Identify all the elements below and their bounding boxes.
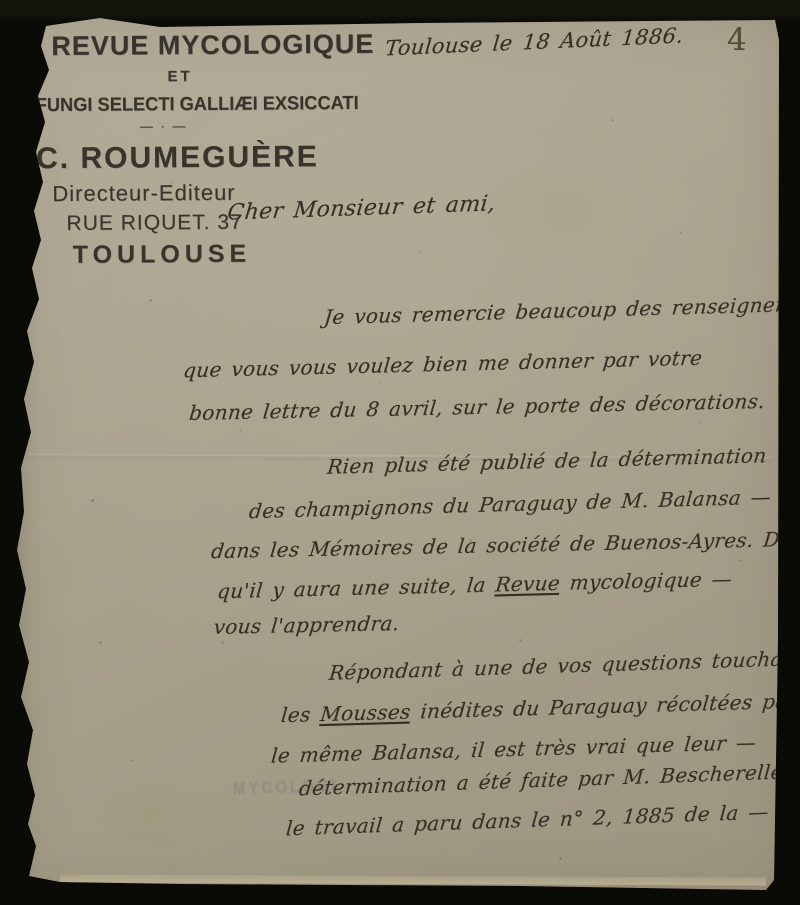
line-text: mycologique — [559, 567, 733, 595]
paper-dust-specks [0, 0, 1, 1]
line-text: dans les Mémoires de la société de Bueno… [210, 527, 800, 563]
line-text-underlined [782, 760, 784, 784]
manuscript-line: dans les Mémoires de la société de Bueno… [210, 527, 800, 563]
faint-offset-stamp: MYCOLOGI [233, 776, 339, 799]
line-text-underlined: Mousses [319, 700, 412, 727]
letter-paper: REVUE MYCOLOGIQUE ET FUNGI SELECTI GALLI… [0, 0, 800, 905]
line-text: les [280, 702, 321, 727]
line-text: Rien plus été publié de la détermination [326, 443, 768, 478]
line-text: vous l'apprendra. [213, 611, 401, 639]
manuscript-line: les Mousses inédites du Paraguay récolté… [280, 689, 799, 727]
line-text: bonne lettre du 8 avril, sur le porte de… [188, 389, 766, 425]
manuscript-line: qu'il y aura une suite, la Revue mycolog… [216, 567, 733, 604]
line-text-underlined: Revue [494, 571, 561, 597]
letterhead-city: TOULOUSE [73, 239, 376, 270]
manuscript-line: détermination a été faite par M. Bescher… [298, 760, 784, 801]
letterhead-conjunction: ET [167, 67, 374, 85]
line-text: inédites du Paraguay récoltées par [410, 689, 799, 724]
manuscript-line: Rien plus été publié de la détermination [326, 443, 768, 478]
manuscript-line: des champignons du Paraguay de M. Balans… [248, 485, 772, 524]
manuscript-line: bonne lettre du 8 avril, sur le porte de… [188, 389, 766, 425]
manuscript-line: Répondant à une de vos questions touchan… [328, 645, 800, 685]
line-text: le travail a paru dans le n° 2, 1885 de … [285, 800, 770, 841]
line-text: Je vous remercie beaucoup des renseignem… [323, 291, 800, 329]
letterhead-series-title: FUNGI SELECTI GALLIÆI EXSICCATI [36, 93, 362, 117]
manuscript-line: vous l'apprendra. [213, 611, 401, 639]
line-text: qu'il y aura une suite, la [216, 572, 497, 603]
letterhead-stamp: REVUE MYCOLOGIQUE ET FUNGI SELECTI GALLI… [35, 29, 376, 270]
letterhead-journal-title: REVUE MYCOLOGIQUE [51, 29, 374, 62]
manuscript-line: le travail a paru dans le n° 2, 1885 de … [285, 800, 770, 841]
letterhead-director-name: C. ROUMEGUÈRE [36, 140, 375, 176]
page-number: 4 [727, 22, 747, 58]
line-text: détermination a été faite par M. Bescher… [298, 760, 784, 801]
line-text: que vous vous voulez bien me donner par … [182, 346, 703, 383]
handwritten-dateline: Toulouse le 18 Août 1886. [384, 24, 684, 61]
manuscript-line: Je vous remercie beaucoup des renseignem… [323, 291, 800, 329]
line-text: des champignons du Paraguay de M. Balans… [248, 485, 772, 524]
letterhead-divider: — · — [140, 117, 375, 134]
scanned-letter-photo: { "scan": { "page_number": "4", "backgro… [0, 0, 800, 905]
line-text: Répondant à une de vos questions touchan… [328, 645, 800, 685]
manuscript-line: que vous vous voulez bien me donner par … [182, 346, 703, 383]
paper-bottom-edge-highlight [60, 874, 766, 885]
line-text [782, 760, 784, 784]
